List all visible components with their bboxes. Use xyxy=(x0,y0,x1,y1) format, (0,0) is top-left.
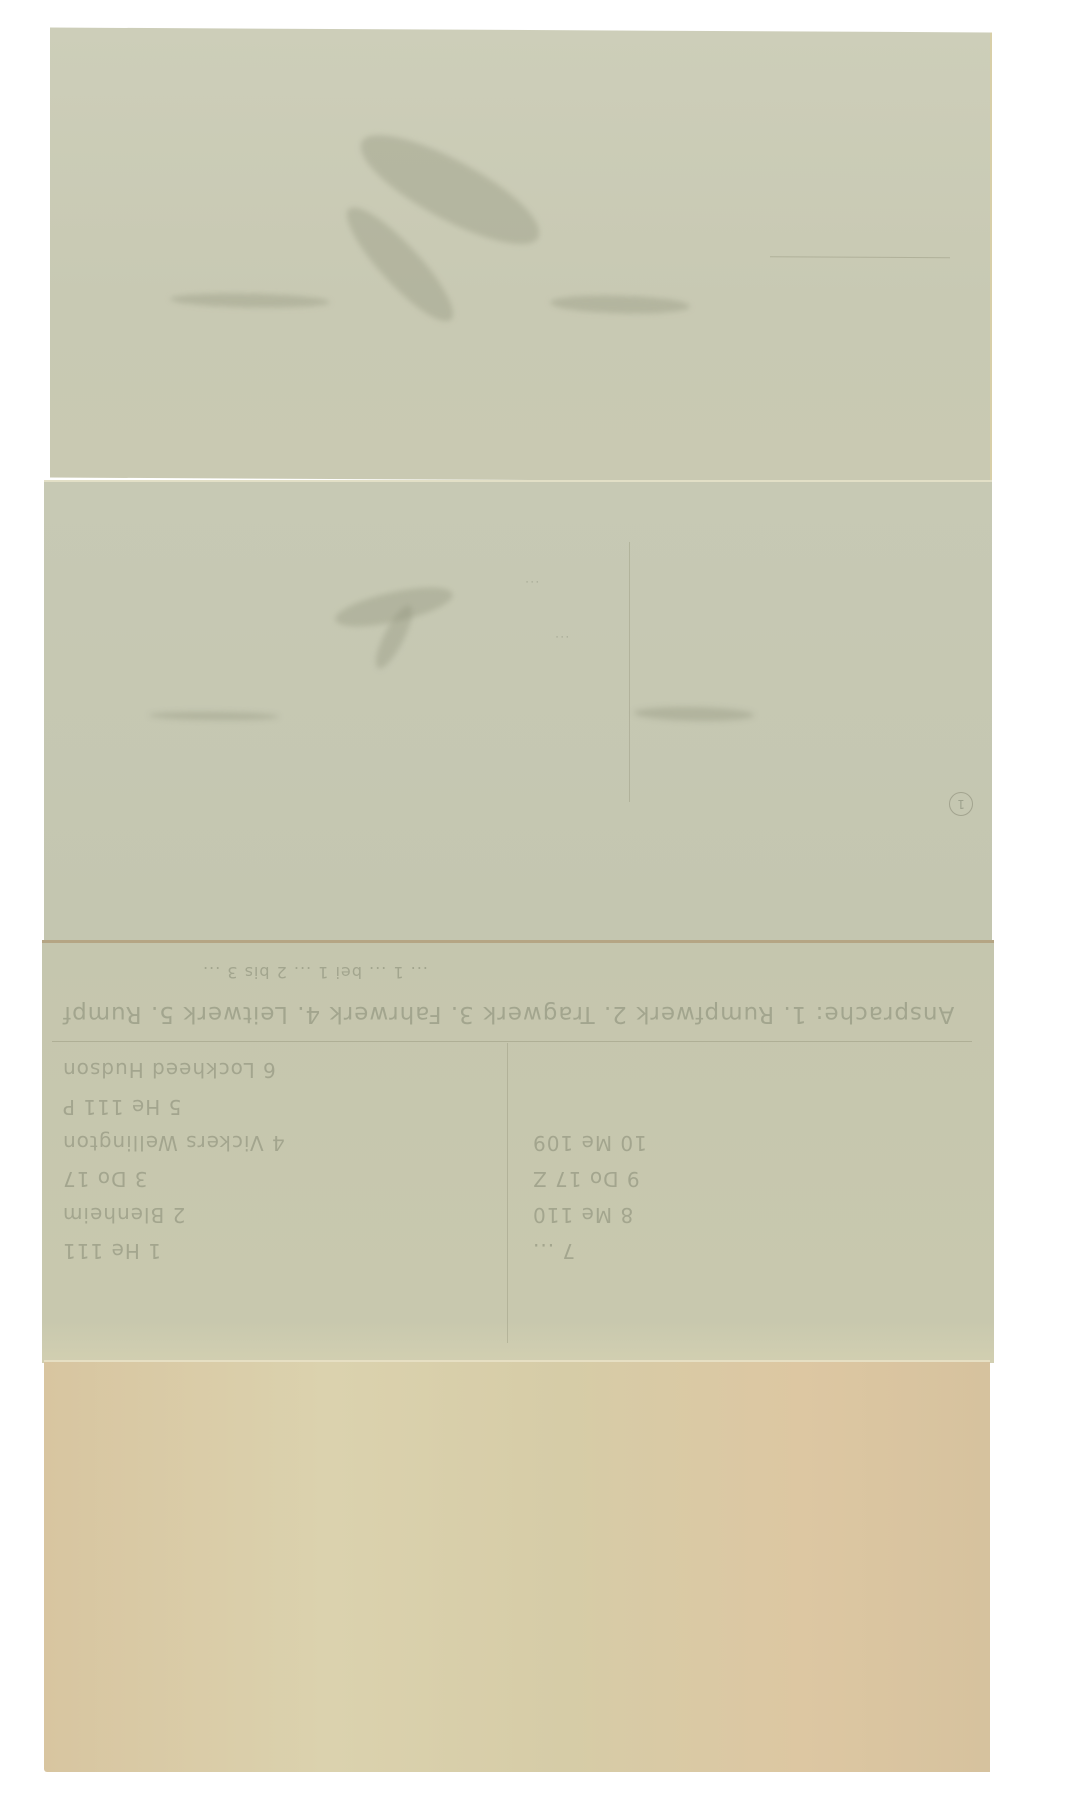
ghost-left-item-4: 4 Vickers Wellington xyxy=(62,1131,285,1155)
ghost-legend-line: Ansprache: 1. Rumpfwerk 2. Tragwerk 3. F… xyxy=(62,1001,954,1027)
ghost-caption-lower: ... xyxy=(554,632,569,647)
ghost-left-item-3: 3 Do 17 xyxy=(62,1167,148,1191)
ghost-right-item-9: 9 Do 17 Z xyxy=(532,1167,640,1191)
aircraft-side-view-icon xyxy=(170,293,330,308)
divider-vertical xyxy=(629,542,630,802)
panel-third: ... 1 ... bei 1 ... 2 bis 3 ... Ansprach… xyxy=(42,940,994,1363)
ghost-right-item-7: 7 ... xyxy=(532,1239,575,1263)
aircraft-front-view-icon xyxy=(550,295,690,314)
ghost-right-item-8: 8 Me 110 xyxy=(532,1203,633,1227)
ghost-left-item-6: 6 Lockheed Hudson xyxy=(62,1058,276,1082)
ghost-left-item-1: 1 He 111 xyxy=(62,1239,161,1263)
panel-second: ... ... 1 xyxy=(44,480,992,942)
folded-document: ... ... 1 ... 1 ... bei 1 ... 2 bis 3 ..… xyxy=(50,30,990,1770)
ghost-header-note: ... 1 ... bei 1 ... 2 bis 3 ... xyxy=(202,963,428,982)
column-divider xyxy=(507,1043,508,1343)
rule-line xyxy=(52,1041,972,1042)
page-marker-badge: 1 xyxy=(949,792,973,816)
ghost-left-item-5: 5 He 111 P xyxy=(62,1095,181,1119)
ghost-left-item-2: 2 Blenheim xyxy=(62,1203,185,1227)
aircraft-side-view-icon xyxy=(634,707,754,721)
panel-bottom xyxy=(44,1360,990,1772)
aircraft-front-view-icon xyxy=(149,712,279,720)
rule-line xyxy=(770,256,950,258)
ghost-right-item-10: 10 Me 109 xyxy=(532,1131,647,1155)
panel-top xyxy=(50,28,992,483)
ghost-caption-upper: ... xyxy=(524,577,539,592)
